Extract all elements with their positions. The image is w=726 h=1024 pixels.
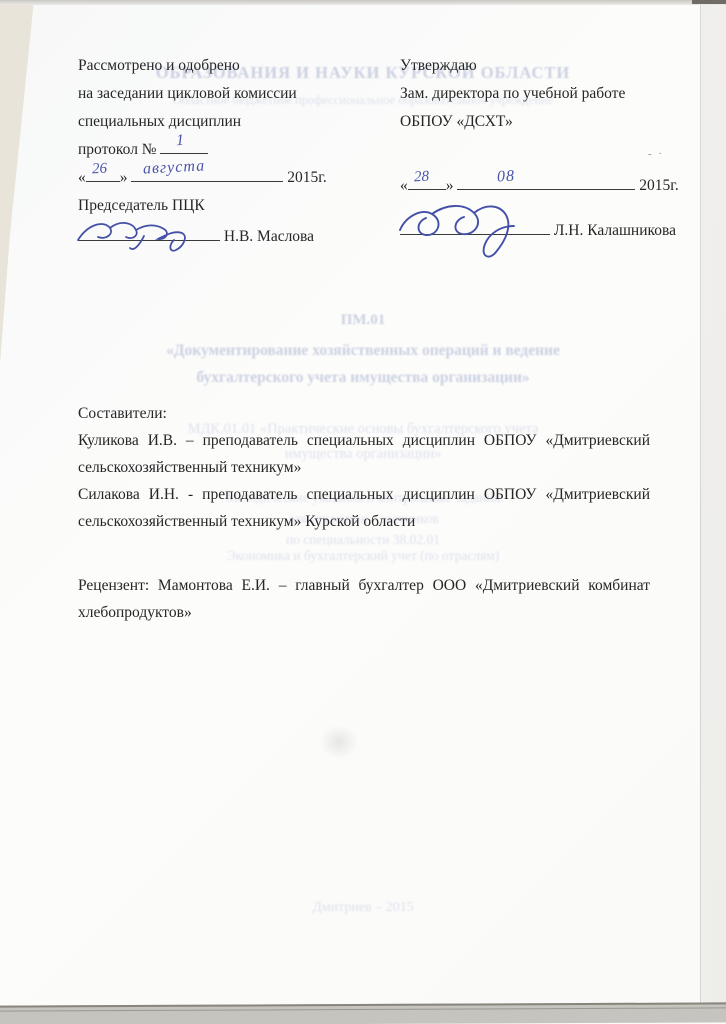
chair-signature [74, 202, 224, 254]
scan-mark-top-right [692, 0, 726, 4]
reviewer-line: Рецензент: Мамонтова Е.И. – главный бухг… [78, 572, 650, 626]
page-content: Рассмотрено и одобрено на заседании цикл… [0, 0, 726, 1024]
quote-close: » [120, 169, 128, 186]
protocol-line: протокол № 1 [78, 136, 388, 164]
chair-signature-row: Н.В. Маслова [78, 220, 388, 254]
author-item: Куликова И.В. – преподаватель специальны… [78, 427, 650, 481]
page-edge-right [700, 0, 726, 1010]
scan-edge-top [0, 0, 726, 5]
author-item: Силакова И.Н. - преподаватель специальны… [78, 481, 650, 535]
date-month-handwritten: августа [143, 152, 207, 183]
approval-left-line3: специальных дисциплин [78, 108, 388, 136]
approval-left-line2: на заседании цикловой комиссии [78, 80, 388, 108]
page-edge-bottom [0, 1002, 726, 1024]
approve-heading: Утверждаю [400, 52, 700, 80]
authors-block: Составители: Куликова И.В. – преподавате… [78, 400, 650, 535]
chair-name: Н.В. Маслова [224, 228, 314, 245]
page-edge-line [0, 1007, 726, 1011]
quote-open: « [78, 169, 86, 186]
approver-org: ОБПОУ «ДСХТ» [400, 108, 700, 136]
date-line-left: «26» августа 2015г. [78, 164, 388, 192]
approval-left-block: Рассмотрено и одобрено на заседании цикл… [78, 52, 388, 254]
date-year: 2015г. [639, 177, 678, 194]
date-day-handwritten: 26 [91, 155, 107, 184]
reviewer-block: Рецензент: Мамонтова Е.И. – главный бухг… [78, 572, 650, 626]
approver-signature-row: Л.Н. Калашникова [400, 214, 700, 248]
approval-right-block: Утверждаю Зам. директора по учебной рабо… [400, 52, 700, 248]
date-month-blank: августа [131, 166, 283, 182]
approver-title: Зам. директора по учебной работе [400, 80, 700, 108]
date-day-blank: 26 [86, 166, 120, 182]
approver-signature [394, 188, 564, 262]
approver-name: Л.Н. Калашникова [554, 222, 676, 239]
date-year: 2015г. [287, 169, 326, 186]
approval-left-line1: Рассмотрено и одобрено [78, 52, 388, 80]
scanned-page: ОБРАЗОВАНИЯ И НАУКИ КУРСКОЙ ОБЛАСТИ Обла… [0, 0, 726, 1024]
authors-heading: Составители: [78, 400, 650, 427]
